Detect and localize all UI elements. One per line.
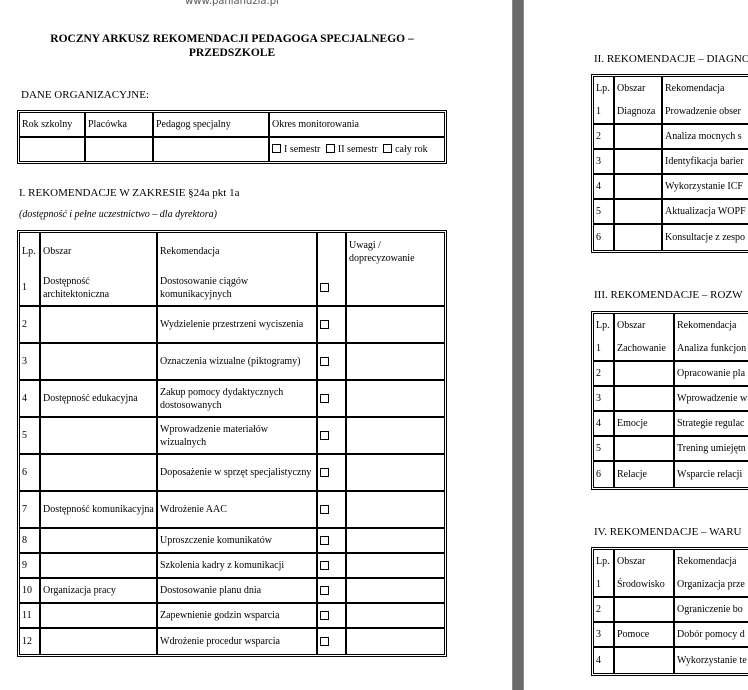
table-row: 6RelacjeWsparcie relacji [594,462,748,487]
checkbox[interactable] [320,505,329,514]
row-obszar: Relacje [615,462,675,487]
checkbox[interactable] [320,637,329,646]
row-uwagi-field[interactable] [347,579,444,604]
row-lp: 6 [594,462,615,487]
col-header-lp: Lp. [594,550,615,573]
row-rekomendacja: Identyfikacja barier [663,150,748,175]
row-check [318,554,347,579]
checkbox[interactable] [320,283,329,292]
row-rekomendacja: Wsparcie relacji [675,462,748,487]
row-lp: 1 [20,270,41,307]
row-obszar [41,455,158,492]
checkbox[interactable] [320,431,329,440]
row-obszar [615,598,675,623]
row-uwagi-field[interactable] [347,307,444,344]
row-lp: 9 [20,554,41,579]
row-lp: 1 [594,337,615,362]
row-rekomendacja: Dostosowanie planu dnia [158,579,318,604]
row-rekomendacja: Wdrożenie procedur wsparcia [158,629,318,654]
row-obszar [615,387,675,412]
row-rekomendacja: Strategie regulac [675,412,748,437]
row-rekomendacja: Wprowadzenie materiałów wizualnych [158,418,318,455]
col-header-lp: Lp. [594,314,615,337]
row-obszar: Dostępność komunikacyjna [41,492,158,529]
row-uwagi-field[interactable] [347,604,444,629]
row-lp: 12 [20,629,41,654]
table-row: 2Wydzielenie przestrzeni wyciszenia [20,307,444,344]
section1-table: Lp. Obszar Rekomendacja Uwagi / doprecyz… [17,230,447,657]
table-row: 10Organizacja pracyDostosowanie planu dn… [20,579,444,604]
row-check [318,307,347,344]
row-uwagi-field[interactable] [347,381,444,418]
section1-subheading: (dostępność i pełne uczestnictwo – dla d… [19,209,217,220]
table-row: 5Trening umiejętn [594,437,748,462]
org-table: Rok szkolny Placówka Pedagog specjalny O… [17,110,447,164]
table-row: 4Wykorzystanie te [594,648,748,673]
table-row: 3Identyfikacja barier [594,150,748,175]
row-obszar: Emocje [615,412,675,437]
section4-heading: IV. REKOMENDACJE – WARU [594,526,742,538]
row-lp: 4 [594,648,615,673]
checkbox-semester-2[interactable] [326,144,335,153]
table-row: 4Dostępność edukacyjnaZakup pomocy dydak… [20,381,444,418]
row-lp: 3 [594,150,615,175]
row-obszar: Pomoce [615,623,675,648]
row-obszar [41,344,158,381]
row-rekomendacja: Opracowanie pla [675,362,748,387]
row-obszar: Środowisko [615,573,675,598]
row-obszar [615,175,663,200]
row-uwagi-field[interactable] [347,344,444,381]
row-uwagi-field[interactable] [347,270,444,307]
row-rekomendacja: Organizacja prze [675,573,748,598]
row-rekomendacja: Wykorzystanie ICF [663,175,748,200]
col-header-rekomendacja: Rekomendacja [675,314,748,337]
row-lp: 1 [594,573,615,598]
row-rekomendacja: Aktualizacja WOPF [663,200,748,225]
row-check [318,381,347,418]
checkbox-full-year[interactable] [383,144,392,153]
table-row: 12Wdrożenie procedur wsparcia [20,629,444,654]
row-obszar [41,307,158,344]
col-header-lp: Lp. [20,233,41,270]
row-obszar: Dostępność architektoniczna [41,270,158,307]
row-obszar [41,604,158,629]
org-heading: DANE ORGANIZACYJNE: [21,89,149,101]
document-title: ROCZNY ARKUSZ REKOMENDACJI PEDAGOGA SPEC… [0,32,464,60]
col-header-obszar: Obszar [615,550,675,573]
row-rekomendacja: Wdrożenie AAC [158,492,318,529]
table-row: 1ZachowanieAnaliza funkcjon [594,337,748,362]
document-page-left: www.paniandzia.pl ROCZNY ARKUSZ REKOMEND… [0,0,512,690]
row-rekomendacja: Uproszczenie komunikatów [158,529,318,554]
title-line-2: PRZEDSZKOLE [0,46,464,60]
table-row: 2Opracowanie pla [594,362,748,387]
row-check [318,604,347,629]
col-header-rekomendacja: Rekomendacja [675,550,748,573]
row-obszar [41,529,158,554]
watermark: www.paniandzia.pl [0,0,464,7]
table-row: 1ŚrodowiskoOrganizacja prze [594,573,748,598]
table-row: 6Konsultacje z zespo [594,225,748,250]
row-rekomendacja: Dobór pomocy d [675,623,748,648]
row-obszar [615,648,675,673]
row-lp: 5 [594,437,615,462]
row-lp: 3 [594,623,615,648]
row-uwagi-field[interactable] [347,554,444,579]
row-lp: 4 [20,381,41,418]
option-label-semester-2: II semestr [338,144,378,155]
row-check [318,344,347,381]
section1-heading: I. REKOMENDACJE W ZAKRESIE §24a pkt 1a [19,187,240,199]
table-row: 1Dostępność architektonicznaDostosowanie… [20,270,444,307]
row-rekomendacja: Analiza funkcjon [675,337,748,362]
table-row: 7Dostępność komunikacyjnaWdrożenie AAC [20,492,444,529]
table-row: 1DiagnozaProwadzenie obser [594,100,748,125]
table-row: 6Doposażenie w sprzęt specjalistyczny [20,455,444,492]
checkbox[interactable] [320,586,329,595]
title-line-1: ROCZNY ARKUSZ REKOMENDACJI PEDAGOGA SPEC… [0,32,464,46]
option-label-full-year: cały rok [395,144,428,155]
org-year-field[interactable] [20,138,86,161]
row-obszar: Organizacja pracy [41,579,158,604]
row-lp: 1 [594,100,615,125]
row-uwagi-field[interactable] [347,418,444,455]
option-label-semester-1: I semestr [284,144,320,155]
row-obszar: Diagnoza [615,100,663,125]
row-rekomendacja: Wykorzystanie te [675,648,748,673]
row-lp: 11 [20,604,41,629]
row-uwagi-field[interactable] [347,492,444,529]
table-row: 3Oznaczenia wizualne (piktogramy) [20,344,444,381]
col-header-rekomendacja: Rekomendacja [158,233,318,270]
row-lp: 6 [594,225,615,250]
col-header-obszar: Obszar [615,314,675,337]
row-rekomendacja: Szkolenia kadry z komunikacji [158,554,318,579]
table-row: 5Aktualizacja WOPF [594,200,748,225]
row-rekomendacja: Zakup pomocy dydaktycznych dostosowanych [158,381,318,418]
row-check [318,579,347,604]
table-row: 3PomoceDobór pomocy d [594,623,748,648]
row-rekomendacja: Konsultacje z zespo [663,225,748,250]
section3-heading: III. REKOMENDACJE – ROZW [594,289,742,301]
row-check [318,455,347,492]
row-lp: 5 [20,418,41,455]
table-row: 9Szkolenia kadry z komunikacji [20,554,444,579]
table-row: 4EmocjeStrategie regulac [594,412,748,437]
row-uwagi-field[interactable] [347,455,444,492]
row-obszar [615,362,675,387]
row-obszar [615,200,663,225]
row-rekomendacja: Trening umiejętn [675,437,748,462]
table-row: 3Wprowadzenie w [594,387,748,412]
table-row: 8Uproszczenie komunikatów [20,529,444,554]
row-lp: 4 [594,412,615,437]
col-header-uwagi: Uwagi / doprecyzowanie [347,233,444,270]
checkbox-semester-1[interactable] [272,144,281,153]
document-page-right: II. REKOMENDACJE – DIAGNO Lp. Obszar Rek… [524,0,748,690]
row-check [318,418,347,455]
page-gutter [512,0,524,690]
row-lp: 3 [594,387,615,412]
row-lp: 2 [594,598,615,623]
table-row: 4Wykorzystanie ICF [594,175,748,200]
col-header-check [318,233,347,270]
org-header-year: Rok szkolny [20,113,86,138]
checkbox[interactable] [320,536,329,545]
row-obszar [615,437,675,462]
row-lp: 8 [20,529,41,554]
table-row: 2Analiza mocnych s [594,125,748,150]
org-period-options: I semestr II semestr cały rok [270,138,444,161]
row-lp: 2 [594,125,615,150]
row-rekomendacja: Wydzielenie przestrzeni wyciszenia [158,307,318,344]
org-header-period: Okres monitorowania [270,113,444,138]
org-header-facility: Placówka [86,113,154,138]
col-header-rekomendacja: Rekomendacja [663,77,748,100]
row-rekomendacja: Prowadzenie obser [663,100,748,125]
row-obszar: Zachowanie [615,337,675,362]
checkbox[interactable] [320,357,329,366]
org-header-teacher: Pedagog specjalny [154,113,270,138]
row-check [318,270,347,307]
row-check [318,492,347,529]
row-obszar [615,225,663,250]
row-obszar [615,150,663,175]
checkbox[interactable] [320,611,329,620]
checkbox[interactable] [320,561,329,570]
section4-table: Lp. Obszar Rekomendacja 1ŚrodowiskoOrgan… [591,547,748,676]
row-lp: 5 [594,200,615,225]
row-obszar: Dostępność edukacyjna [41,381,158,418]
row-obszar [41,554,158,579]
checkbox[interactable] [320,320,329,329]
table-row: 5Wprowadzenie materiałów wizualnych [20,418,444,455]
col-header-lp: Lp. [594,77,615,100]
row-uwagi-field[interactable] [347,529,444,554]
row-rekomendacja: Ograniczenie bo [675,598,748,623]
org-facility-field[interactable] [86,138,154,161]
row-lp: 2 [20,307,41,344]
row-uwagi-field[interactable] [347,629,444,654]
row-obszar [615,125,663,150]
col-header-obszar: Obszar [615,77,663,100]
row-rekomendacja: Oznaczenia wizualne (piktogramy) [158,344,318,381]
row-lp: 4 [594,175,615,200]
checkbox[interactable] [320,394,329,403]
table-row: 2Ograniczenie bo [594,598,748,623]
row-check [318,629,347,654]
org-teacher-field[interactable] [154,138,270,161]
row-obszar [41,629,158,654]
row-lp: 2 [594,362,615,387]
row-obszar [41,418,158,455]
row-rekomendacja: Wprowadzenie w [675,387,748,412]
row-lp: 10 [20,579,41,604]
row-rekomendacja: Dostosowanie ciągów komunikacyjnych [158,270,318,307]
row-check [318,529,347,554]
checkbox[interactable] [320,468,329,477]
row-lp: 3 [20,344,41,381]
row-lp: 6 [20,455,41,492]
row-lp: 7 [20,492,41,529]
section2-heading: II. REKOMENDACJE – DIAGNO [594,53,748,65]
row-rekomendacja: Zapewnienie godzin wsparcia [158,604,318,629]
row-rekomendacja: Analiza mocnych s [663,125,748,150]
row-rekomendacja: Doposażenie w sprzęt specjalistyczny [158,455,318,492]
col-header-obszar: Obszar [41,233,158,270]
section3-table: Lp. Obszar Rekomendacja 1ZachowanieAnali… [591,311,748,490]
table-row: 11Zapewnienie godzin wsparcia [20,604,444,629]
section2-table: Lp. Obszar Rekomendacja 1DiagnozaProwadz… [591,74,748,253]
